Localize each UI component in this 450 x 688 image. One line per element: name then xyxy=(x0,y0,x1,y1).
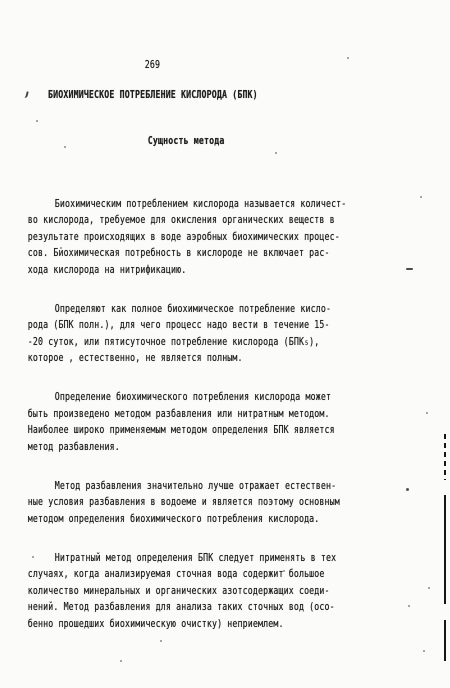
document-body: Биохимическим потреблением кислорода наз… xyxy=(28,179,358,655)
scanned-page: 269 БИОХИМИЧЕСКОЕ ПОТРЕБЛЕНИЕ КИСЛОРОДА … xyxy=(0,0,450,688)
section-subheading: Сущность метода xyxy=(148,133,225,150)
noise-speck xyxy=(420,196,422,198)
noise-speck xyxy=(36,120,38,122)
scan-edge-artifact xyxy=(444,434,446,480)
noise-speck xyxy=(426,412,428,414)
typewritten-content: 269 БИОХИМИЧЕСКОЕ ПОТРЕБЛЕНИЕ КИСЛОРОДА … xyxy=(0,0,450,688)
paragraph: Определяют как полное биохимическое потр… xyxy=(28,301,358,367)
paragraph: Метод разбавления значительно лучше отра… xyxy=(28,478,358,528)
noise-speck xyxy=(64,146,66,148)
noise-speck xyxy=(406,268,413,270)
noise-speck xyxy=(160,640,162,642)
scan-edge-artifact xyxy=(444,620,446,661)
document-heading: БИОХИМИЧЕСКОЕ ПОТРЕБЛЕНИЕ КИСЛОРОДА (БПК… xyxy=(48,87,258,104)
noise-speck xyxy=(60,247,62,249)
noise-speck xyxy=(347,57,349,59)
noise-speck xyxy=(275,152,277,154)
noise-speck xyxy=(408,605,410,607)
scan-edge-artifact xyxy=(444,495,446,604)
noise-speck xyxy=(120,660,122,662)
paragraph: Биохимическим потреблением кислорода наз… xyxy=(28,196,358,279)
noise-speck xyxy=(428,587,430,589)
page-number: 269 xyxy=(145,57,160,74)
noise-speck xyxy=(32,556,34,558)
noise-speck xyxy=(283,570,285,572)
noise-speck xyxy=(406,488,409,491)
noise-speck xyxy=(423,650,425,652)
paragraph: Нитратный метод определения БПК следует … xyxy=(28,550,358,633)
paragraph: Определение биохимического потребления к… xyxy=(28,389,358,455)
